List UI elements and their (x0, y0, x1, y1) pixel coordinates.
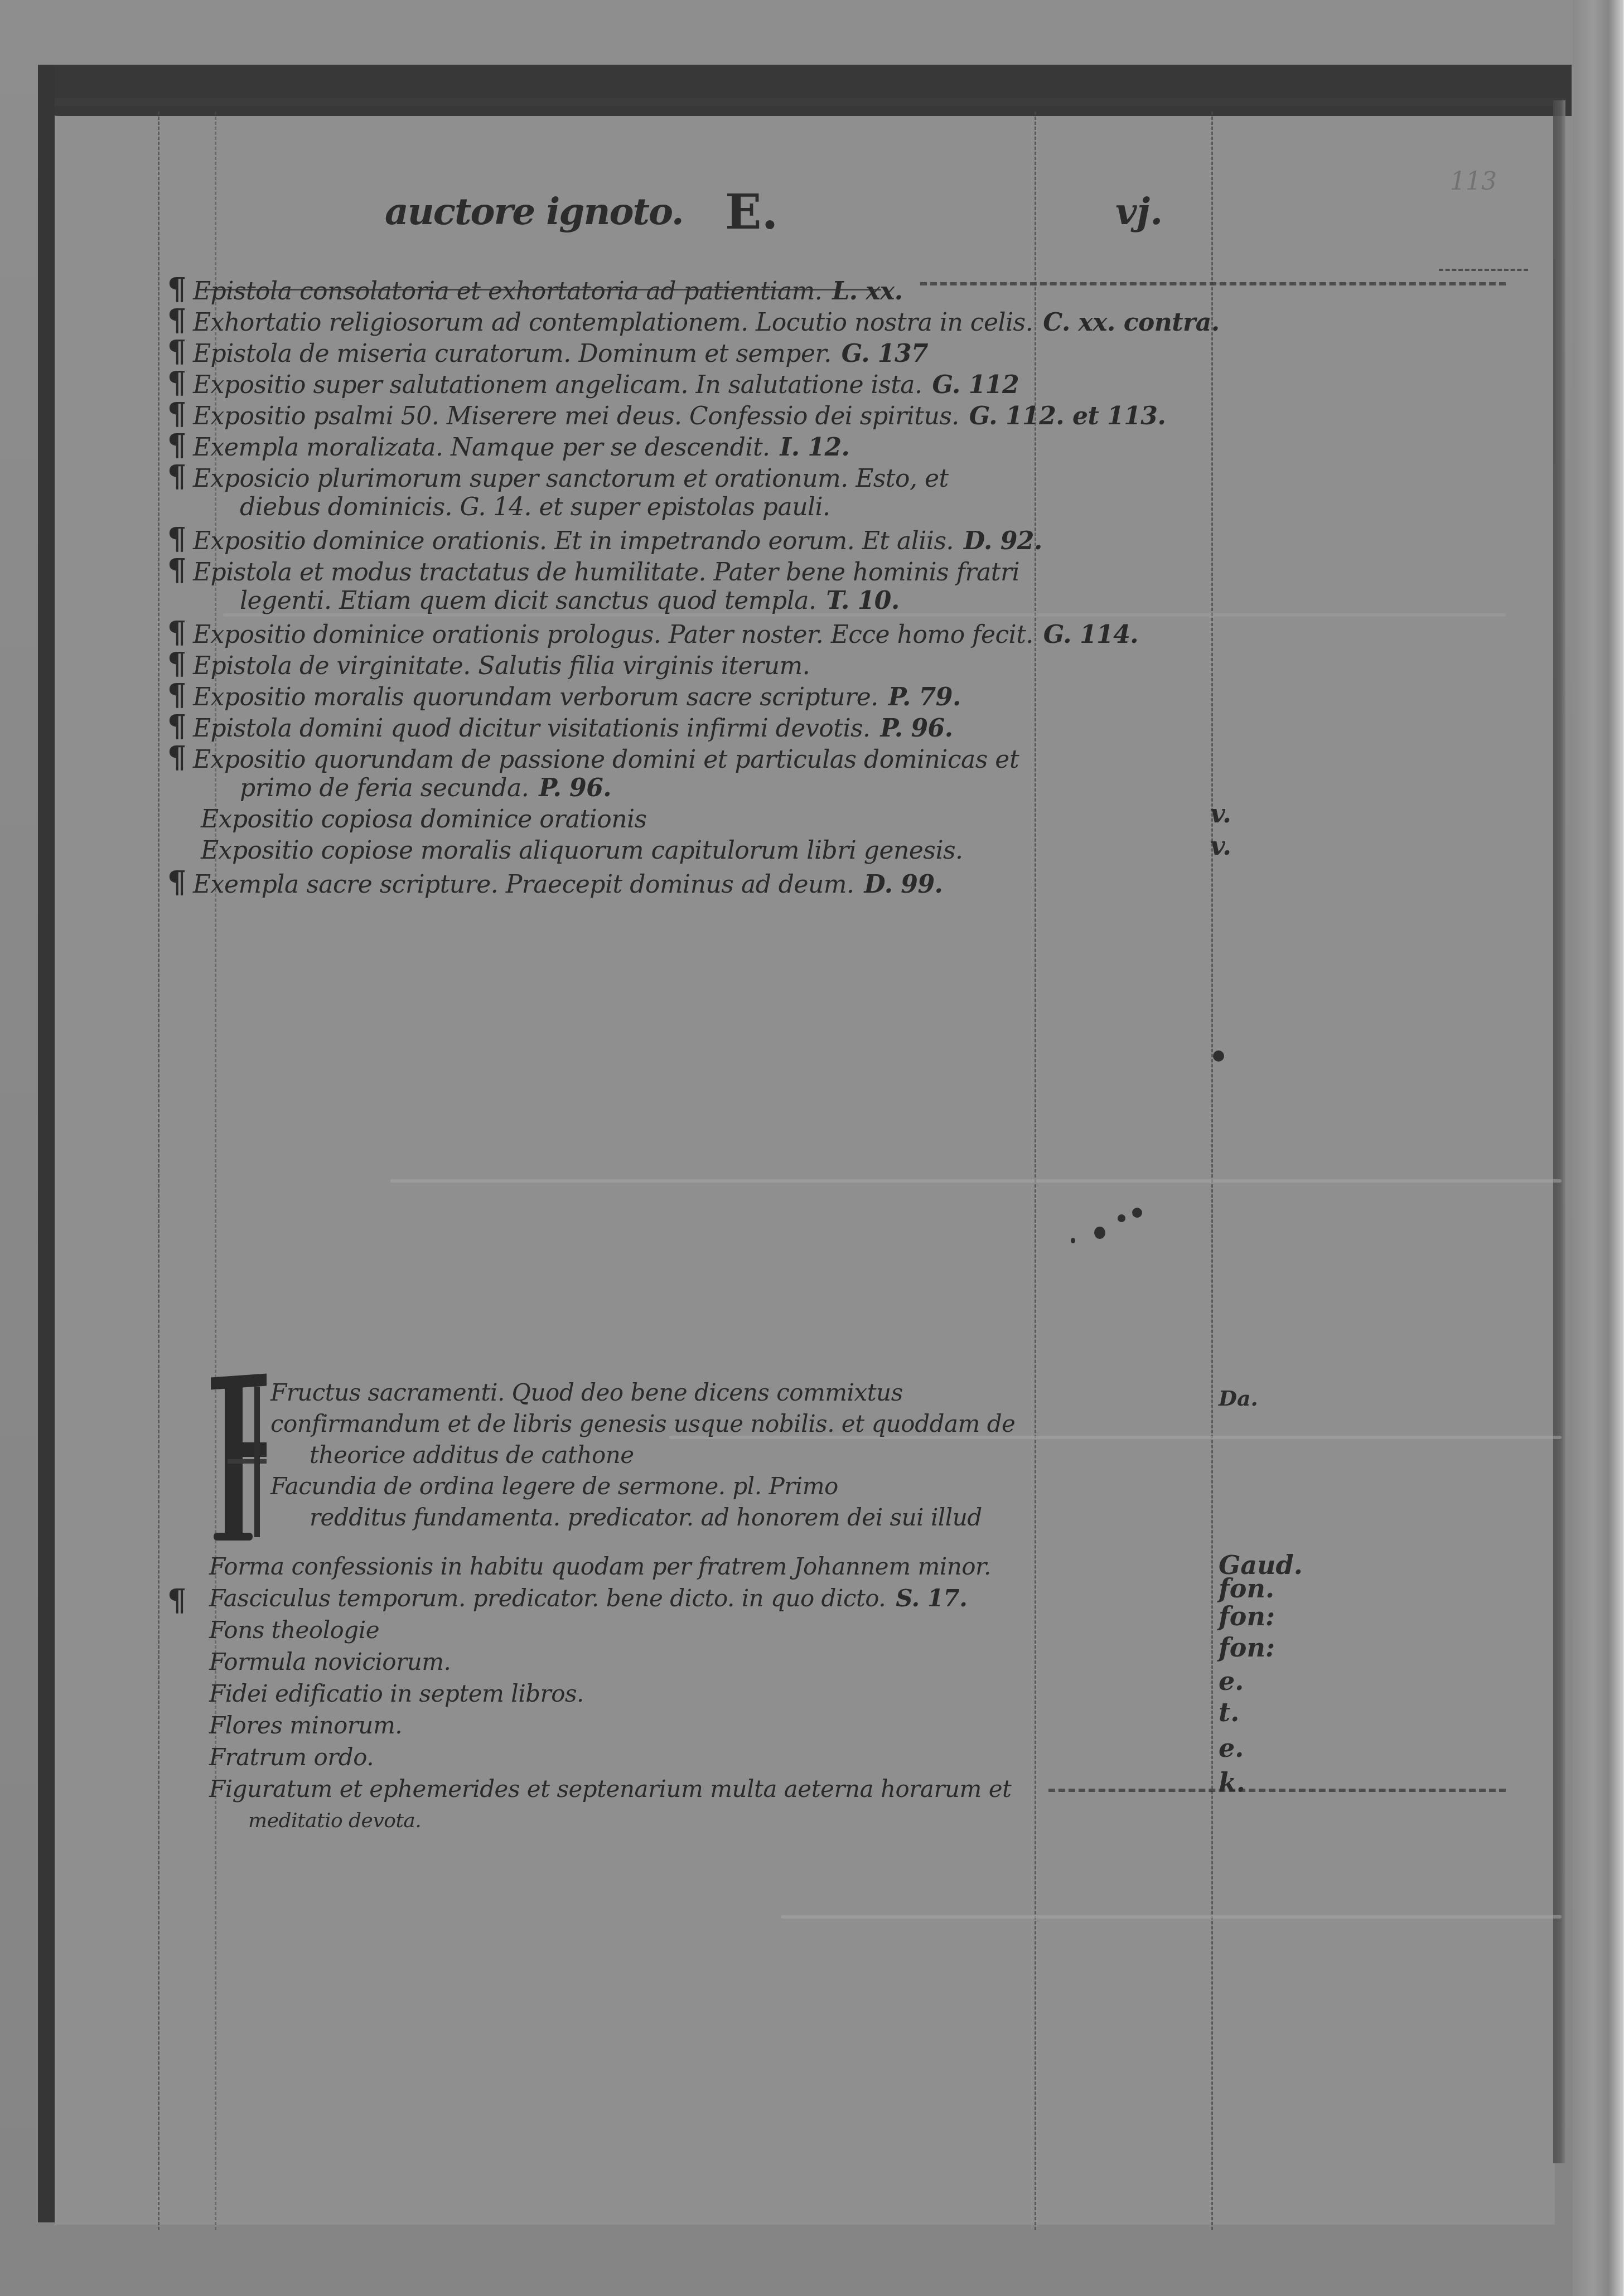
index-entry: ¶Exhortatio religiosorum ad contemplatio… (167, 304, 1149, 336)
entry-text: Expositio moralis quorundam verborum sac… (193, 683, 878, 711)
crease-line (390, 1179, 1562, 1183)
entry-text: theorice additus de cathone (310, 1441, 634, 1469)
entry-text: Fratrum ordo. (209, 1743, 374, 1771)
index-entry: Fons theologie (209, 1615, 1101, 1646)
entry-text: Expositio dominice orationis. Et in impe… (193, 527, 954, 555)
section-f-opening: Fructus sacramenti. Quod deo bene dicens… (220, 1377, 1113, 1533)
index-entry: Expositio copiosa dominice orationis (167, 804, 1149, 835)
index-entry: Facundia de ordina legere de sermone. pl… (220, 1471, 1113, 1502)
index-entry: Fasciculus temporum. predicator. bene di… (209, 1583, 1101, 1615)
entry-text: Flores minorum. (209, 1712, 402, 1739)
entry-reference: P. 96. (881, 714, 953, 743)
paragraph-mark-icon: ¶ (167, 742, 191, 773)
paragraph-mark-icon: ¶ (167, 1582, 186, 1618)
ruling-left-outer (158, 112, 159, 2230)
paragraph-mark-icon: ¶ (167, 429, 191, 461)
shelf-mark: e. (1219, 1666, 1244, 1696)
dashed-ruling (1439, 269, 1528, 271)
index-entry-continuation: primo de feria secunda.P. 96. (167, 773, 1149, 804)
entry-text: Formula noviciorum. (209, 1648, 451, 1675)
entry-text: Expositio psalmi 50. Miserere mei deus. … (193, 402, 959, 430)
index-entry: ¶Expositio moralis quorundam verborum sa… (167, 679, 1149, 710)
initial-foot (214, 1533, 253, 1541)
entry-text: Forma confessionis in habitu quodam per … (209, 1553, 991, 1580)
entry-text: meditatio devota. (248, 1809, 421, 1832)
margin-mark: v. (1210, 798, 1231, 829)
index-entry: ¶Exposicio plurimorum super sanctorum et… (167, 461, 1149, 492)
paragraph-mark-icon: ¶ (167, 398, 191, 429)
index-entry: Fidei edificatio in septem libros. (209, 1678, 1101, 1710)
ruling-right (1211, 112, 1213, 2230)
shelf-mark: fon: (1219, 1601, 1275, 1631)
paragraph-mark-icon: ¶ (167, 617, 191, 648)
paragraph-mark-icon: ¶ (167, 554, 191, 585)
frame-inner-top-border (55, 98, 1566, 106)
frame-top-border (38, 65, 1572, 116)
ink-blot (1071, 1238, 1075, 1243)
index-entry: ¶Epistola et modus tractatus de humilita… (167, 554, 1149, 585)
entry-reference: L. xx. (832, 277, 902, 306)
index-entry: Formula noviciorum. (209, 1646, 1101, 1678)
entry-text: Epistola de virginitate. Salutis filia v… (193, 652, 810, 680)
entry-reference: G. 112 (932, 371, 1019, 399)
entry-reference: P. 96. (539, 774, 611, 802)
entry-text: Exposicio plurimorum super sanctorum et … (193, 464, 949, 493)
page-header: auctore ignoto. E. vj. (385, 178, 1221, 245)
entry-text: redditus fundamenta. predicator. ad hono… (310, 1504, 982, 1531)
entry-text: Exempla sacre scripture. Praecepit domin… (193, 870, 854, 899)
frame-left-border (38, 65, 55, 2222)
entry-reference: D. 99. (864, 870, 943, 899)
paragraph-mark-icon: ¶ (167, 710, 191, 742)
page-edge-fold (1573, 0, 1624, 2296)
entry-reference: T. 10. (826, 587, 900, 615)
margin-mark: v. (1210, 831, 1231, 861)
index-entry: ¶Epistola domini quod dicitur visitation… (167, 710, 1149, 742)
index-entry: ¶Epistola consolatoria et exhortatoria a… (167, 273, 1149, 304)
index-entry: ¶Expositio psalmi 50. Miserere mei deus.… (167, 398, 1149, 429)
crease-line (781, 1915, 1562, 1919)
header-folio-number: vj. (1115, 190, 1163, 233)
paragraph-mark-icon: ¶ (167, 273, 191, 304)
pencil-foliation: 113 (1450, 167, 1497, 196)
margin-mark: Da. (1219, 1386, 1258, 1411)
entry-text: Expositio quorundam de passione domini e… (193, 745, 1019, 774)
section-e-entries: ¶Epistola consolatoria et exhortatoria a… (167, 273, 1149, 898)
entry-reference: I. 12. (780, 433, 850, 462)
entry-text: Expositio super salutationem angelicam. … (193, 371, 922, 399)
index-entry: Fructus sacramenti. Quod deo bene dicens… (220, 1377, 1113, 1408)
index-entry: Expositio copiose moralis aliquorum capi… (167, 835, 1149, 866)
paragraph-mark-icon: ¶ (167, 367, 191, 398)
index-entry: ¶Expositio quorundam de passione domini … (167, 742, 1149, 773)
entry-text: Facundia de ordina legere de sermone. pl… (270, 1472, 838, 1500)
index-entry: ¶Exempla moralizata. Namque per se desce… (167, 429, 1149, 461)
entry-text: Exhortatio religiosorum ad contemplation… (193, 308, 1033, 337)
ink-blot (1094, 1227, 1105, 1239)
shelf-mark: fon. (1219, 1573, 1274, 1604)
index-entry-continuation: legenti. Etiam quem dicit sanctus quod t… (167, 585, 1149, 617)
shelf-mark: fon: (1219, 1633, 1275, 1663)
index-entry-continuation: redditus fundamenta. predicator. ad hono… (220, 1502, 1113, 1533)
index-entry-continuation: meditatio devota. (209, 1805, 1101, 1837)
entry-reference: G. 137 (842, 340, 929, 368)
section-f-list: Forma confessionis in habitu quodam per … (209, 1551, 1101, 1837)
index-entry: Figuratum et ephemerides et septenarium … (209, 1774, 1101, 1805)
index-entry: Fratrum ordo. (209, 1742, 1101, 1774)
dashed-ruling (1048, 1789, 1506, 1792)
shelf-mark: e. (1219, 1733, 1244, 1763)
paragraph-mark-icon: ¶ (167, 648, 191, 679)
entry-text: Exempla moralizata. Namque per se descen… (193, 433, 770, 462)
entry-reference: G. 112. et 113. (969, 402, 1166, 430)
index-entry: Flores minorum. (209, 1710, 1101, 1742)
entry-text: Fructus sacramenti. Quod deo bene dicens… (270, 1379, 903, 1406)
ink-blot (1213, 1050, 1224, 1062)
entry-text: Expositio copiose moralis aliquorum capi… (201, 836, 963, 865)
entry-reference: S. 17. (896, 1585, 967, 1612)
shelf-mark: t. (1219, 1697, 1239, 1727)
entry-text: Epistola consolatoria et exhortatoria ad… (193, 277, 822, 306)
index-entry: confirmandum et de libris genesis usque … (220, 1408, 1113, 1440)
entry-text: Fidei edificatio in septem libros. (209, 1680, 584, 1707)
shelf-mark: k. (1219, 1767, 1245, 1798)
paragraph-mark-icon: ¶ (167, 461, 191, 492)
entry-text: diebus dominicis. G. 14. et super episto… (240, 493, 830, 521)
entry-text: primo de feria secunda. (240, 774, 529, 802)
entry-text: Expositio dominice orationis prologus. P… (193, 621, 1033, 649)
paragraph-mark-icon: ¶ (167, 523, 191, 554)
entry-reference: G. 114. (1043, 621, 1138, 649)
index-entry-continuation: theorice additus de cathone (220, 1440, 1113, 1471)
entry-text: Epistola et modus tractatus de humilitat… (193, 558, 1019, 587)
paragraph-mark-icon: ¶ (167, 304, 191, 336)
index-entry: ¶Epistola de virginitate. Salutis filia … (167, 648, 1149, 679)
index-entry: ¶Expositio dominice orationis. Et in imp… (167, 523, 1149, 554)
entry-reference: C. xx. contra. (1043, 308, 1219, 337)
header-section-letter: E. (725, 184, 779, 240)
paragraph-mark-icon: ¶ (167, 679, 191, 710)
index-entry-continuation: diebus dominicis. G. 14. et super episto… (167, 492, 1149, 523)
entry-text: Epistola domini quod dicitur visitationi… (193, 714, 871, 743)
header-author: auctore ignoto. (385, 190, 683, 233)
entry-text: Expositio copiosa dominice orationis (201, 805, 647, 834)
index-entry: Forma confessionis in habitu quodam per … (209, 1551, 1101, 1583)
entry-reference: D. 92. (964, 527, 1042, 555)
ink-blot (1132, 1208, 1142, 1218)
paragraph-mark-icon: ¶ (167, 336, 191, 367)
frame-right-border (1553, 100, 1565, 2163)
entry-reference: P. 79. (888, 683, 961, 711)
index-entry: ¶Expositio super salutationem angelicam.… (167, 367, 1149, 398)
manuscript-sheet: auctore ignoto. E. vj. 113 ¶Epistola con… (0, 0, 1624, 2296)
index-entry: ¶Expositio dominice orationis prologus. … (167, 617, 1149, 648)
entry-text: Fons theologie (209, 1616, 379, 1644)
entry-text: confirmandum et de libris genesis usque … (270, 1410, 1015, 1437)
entry-text: Epistola de miseria curatorum. Dominum e… (193, 340, 832, 368)
index-entry: ¶Epistola de miseria curatorum. Dominum … (167, 336, 1149, 367)
ink-blot (1118, 1214, 1125, 1222)
strikethrough-line (201, 289, 881, 290)
entry-text: Fasciculus temporum. predicator. bene di… (209, 1585, 886, 1612)
index-entry: ¶Exempla sacre scripture. Praecepit domi… (167, 866, 1149, 898)
entry-text: Figuratum et ephemerides et septenarium … (209, 1775, 1011, 1803)
paragraph-mark-icon: ¶ (167, 866, 191, 898)
entry-text: legenti. Etiam quem dicit sanctus quod t… (240, 587, 816, 615)
